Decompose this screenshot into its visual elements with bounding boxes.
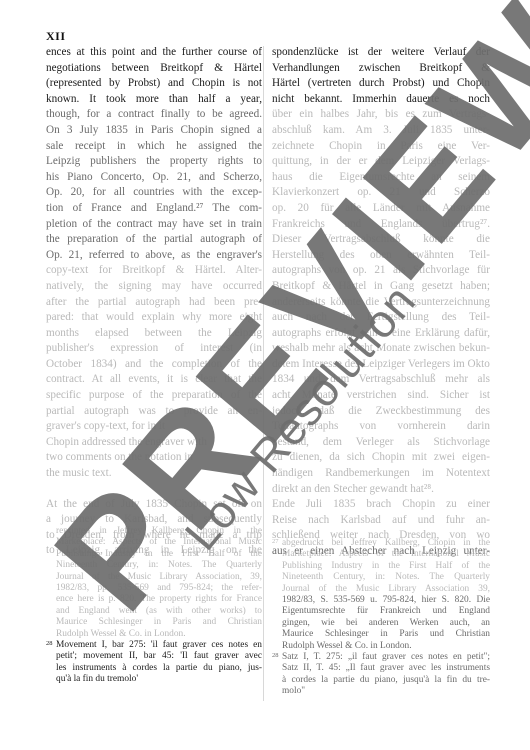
text-line: two comments on the notation in	[46, 450, 262, 466]
text-line: specific purpose of the preparation of t…	[46, 388, 262, 404]
text-line: autographs von op. 21 als Stichvorlage f…	[272, 263, 490, 279]
text-line: Ende Juli 1835 brach Chopin zu einer	[272, 497, 490, 513]
text-line: partial autograph was to provide an en-	[46, 404, 262, 420]
text-line: known. It took more than half a year,	[46, 92, 262, 108]
text-line: direkt an den Stecher gewandt hat²⁸.	[272, 482, 490, 498]
footnote-line: abgedruckt bei Jeffrey Kallberg, Chopin …	[282, 538, 490, 549]
footnote-line: Marketplace: Aspects of the Internationa…	[282, 549, 490, 560]
footnote-line: qu'à la fin du tremolo'	[56, 674, 262, 685]
footnote-line: Marketplace: Aspects of the Internationa…	[56, 537, 262, 548]
text-line: the music text.	[46, 466, 262, 482]
text-line: On 3 July 1835 in Paris Chopin signed a	[46, 123, 262, 139]
text-line: his Piano Concerto, Op. 21, and Scherzo,	[46, 170, 262, 186]
footnote-line: 1982/83, pp. 535-569 and 795-824; the re…	[56, 583, 262, 594]
text-line: Frankreichs und Englands übertrug²⁷.	[272, 217, 490, 233]
text-line: Leipzig publishers the property rights t…	[46, 154, 262, 170]
footnote-line: Publishing Industry in the First Half of…	[56, 549, 262, 560]
text-line: quittung, in der er dem Leipziger Verlag…	[272, 154, 490, 170]
text-line: October 1834) and the completion of the	[46, 357, 262, 373]
text-line: At the end of July 1835 Chopin set off o…	[46, 497, 262, 513]
text-line: autographs erfolgt sein – eine Erklärung…	[272, 326, 490, 342]
text-line: publisher's expression of interest (in	[46, 341, 262, 357]
text-line: pletion of the contract may have set in …	[46, 217, 262, 233]
text-line: zu dienen, da sich Chopin mit zwei eigen…	[272, 450, 490, 466]
text-line: 1834 und dem Vertragsabschluß mehr als	[272, 372, 490, 388]
text-line: spondenzlücke ist der weitere Verlauf de…	[272, 45, 490, 61]
footnote-line: petit'; movement II, bar 45: 'Il faut gr…	[56, 651, 262, 662]
text-line: Op. 20, for all countries with the excep…	[46, 185, 262, 201]
text-line: Herstellung des oben erwähnten Teil-	[272, 248, 490, 264]
text-line: detem Interesse des Leipziger Verlegers …	[272, 357, 490, 373]
footnote-marker: 28	[46, 638, 53, 649]
footnote-line: Nineteenth Century, in: Notes. The Quart…	[56, 560, 262, 571]
footnote-line: gingen, wie bei anderen Werken auch, an	[282, 618, 490, 629]
text-line: jedoch, daß die Zweckbestimmung des	[272, 404, 490, 420]
text-line: (represented by Probst) and Chopin is no…	[46, 76, 262, 92]
footnote: 28 Movement I, bar 275: 'il faut graver …	[46, 640, 262, 686]
footnote-line: Publishing Industry in the First Half of…	[282, 561, 490, 572]
footnote-line: Rudolph Wessel & Co. in London.	[56, 629, 262, 640]
column-divider	[263, 46, 264, 701]
text-line: op. 20 für alle Länder mit Ausnahme	[272, 201, 490, 217]
text-line: Klavierkonzert op. 21 und Scherzo	[272, 185, 490, 201]
footnote: 27 abgedruckt bei Jeffrey Kallberg, Chop…	[272, 538, 490, 652]
text-line: auch nach der Fertigstellung des Teil-	[272, 310, 490, 326]
page-number: XII	[46, 29, 66, 44]
text-line: Härtel (vertreten durch Probst) und Chop…	[272, 76, 490, 92]
footnote-marker: 27	[272, 536, 279, 547]
text-line: Breitkopf & Härtel in Gang gesetzt haben…	[272, 279, 490, 295]
footnote-line: les instruments à cordes la partie du pi…	[56, 663, 262, 674]
footnote-line: 1982/83, S. 535-569 u. 795-824, hier S. …	[282, 595, 490, 606]
footnotes-left: reprinted in Jeffrey Kallberg, Chopin in…	[46, 526, 262, 686]
text-line: though, for a contract finally to be agr…	[46, 107, 262, 123]
text-line: after the partial autograph had been pre…	[46, 295, 262, 311]
text-line: Teilautographs von vornherein darin	[272, 419, 490, 435]
text-line: bestand, dem Verleger als Stichvorlage	[272, 435, 490, 451]
text-line: tion of France and England.²⁷ The com-	[46, 201, 262, 217]
text-line: Verhandlungen zwischen Breitkopf &	[272, 61, 490, 77]
text-line: Chopin addressed the engraver with	[46, 435, 262, 451]
footnote-line: Journal of the Music Library Association…	[282, 584, 490, 595]
text-line: händigen Randbemerkungen im Notentext	[272, 466, 490, 482]
text-line: abschluß kam. Am 3. Juli 1835 unter-	[272, 123, 490, 139]
footnote-line: à cordes la partie du piano, jusqu'à la …	[282, 675, 490, 686]
text-line: pared: that would explain why more eight	[46, 310, 262, 326]
text-line: copy-text for Breitkopf & Härtel. Alter-	[46, 263, 262, 279]
text-line: contract. At all events, it is clear tha…	[46, 372, 262, 388]
footnote-line: Maurice Schlesinger in Paris and Christi…	[56, 617, 262, 628]
footnote-line: Satz II, T. 45: „Il faut graver avec les…	[282, 663, 490, 674]
text-line: Reise nach Karlsbad auf und fuhr an-	[272, 513, 490, 529]
footnote-marker: 28	[272, 650, 279, 661]
text-line: zeichnete Chopin in Paris eine Ver-	[272, 139, 490, 155]
left-column-text: ences at this point and the further cour…	[46, 45, 262, 559]
footnote-line: Movement I, bar 275: 'il faut graver ces…	[56, 640, 262, 651]
text-line: months elapsed between the Leipzig	[46, 326, 262, 342]
footnote-line: Maurice Schlesinger in Paris und Christi…	[282, 629, 490, 640]
footnotes-right: 27 abgedruckt bei Jeffrey Kallberg, Chop…	[272, 538, 490, 698]
right-column-text: spondenzlücke ist der weitere Verlauf de…	[272, 45, 490, 560]
footnote: reprinted in Jeffrey Kallberg, Chopin in…	[46, 526, 262, 640]
text-line: sale receipt in which he assigned the	[46, 139, 262, 155]
footnote-line: reprinted in Jeffrey Kallberg, Chopin in…	[56, 526, 262, 537]
footnote-line: and England went (as with other works) t…	[56, 606, 262, 617]
footnote-line: Eigentumsrechte für Frankreich und Engla…	[282, 606, 490, 617]
text-line: ences at this point and the further cour…	[46, 45, 262, 61]
text-line: über ein halbes Jahr, bis es zum Vertrag…	[272, 107, 490, 123]
text-line: weshalb mehr als acht Monate zwischen be…	[272, 341, 490, 357]
text-line: Op. 21, referred to above, as the engrav…	[46, 248, 262, 264]
text-line: Dieser Vertragsabschluß könnte die	[272, 232, 490, 248]
text-line: acht Monate verstrichen sind. Sicher ist	[272, 388, 490, 404]
text-line: nicht bekannt. Immerhin dauerte es noch	[272, 92, 490, 108]
text-line: negotiations between Breitkopf & Härtel	[46, 61, 262, 77]
text-line: andererseits könnte die Vertragsunterzei…	[272, 295, 490, 311]
footnote-line: Satz I, T. 275: „il faut graver ces note…	[282, 652, 490, 663]
footnote-line: molo"	[282, 686, 490, 697]
footnote-line: ence here is p. 820. The property rights…	[56, 594, 262, 605]
footnote-line: Rudolph Wessel & Co. in London.	[282, 641, 490, 652]
text-line: natively, the signing may have occurred	[46, 279, 262, 295]
footnote: 28 Satz I, T. 275: „il faut graver ces n…	[272, 652, 490, 698]
footnote-line: Nineteenth Century, in: Notes. The Quart…	[282, 572, 490, 583]
text-line: haus die Eigentumsrechte an seinem	[272, 170, 490, 186]
text-line: the preparation of the partial autograph…	[46, 232, 262, 248]
text-line: graver's copy-text, for in it	[46, 419, 262, 435]
footnote-line: Journal of the Music Library Association…	[56, 572, 262, 583]
